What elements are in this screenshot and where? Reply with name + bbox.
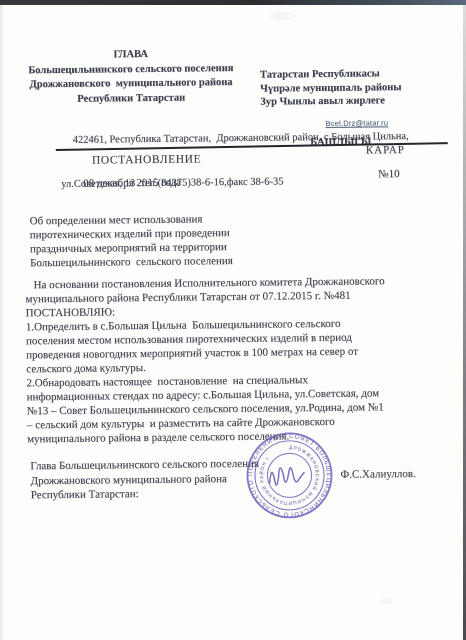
document-content: ГЛАВА Большецильнинского сельского посел… (0, 0, 466, 640)
handwritten-signature (269, 468, 304, 485)
official-round-stamp-icon: СОВЕТ БОЛЬШЕЦИЛЬНИНСКОГО СЕЛЬСКОГО ПОСЕЛ… (245, 431, 334, 520)
doc-number: №10 (378, 168, 400, 180)
doc-type-russian: ПОСТАНОВЛЕНИЕ (92, 153, 201, 166)
email-link: Bcel.Drz@tatar.ru (325, 118, 388, 128)
doc-subject: Об определении мест использования пироте… (30, 212, 233, 270)
scanned-document-page: ГЛАВА Большецильнинского сельского посел… (0, 0, 466, 640)
signature-name: Ф.С.Халиуллов. (340, 468, 415, 481)
stamp-middle-circle (255, 440, 325, 510)
letterhead-russian: ГЛАВА Большецильнинского сельского посел… (22, 47, 241, 107)
doc-date: 08 декабря 2015 года (83, 177, 181, 190)
doc-type-tatar: КАРАР (366, 144, 405, 156)
doc-body: На основании постановления Исполнительно… (25, 273, 459, 446)
signature-title: Глава Большецильнинского сельского посел… (30, 457, 259, 503)
